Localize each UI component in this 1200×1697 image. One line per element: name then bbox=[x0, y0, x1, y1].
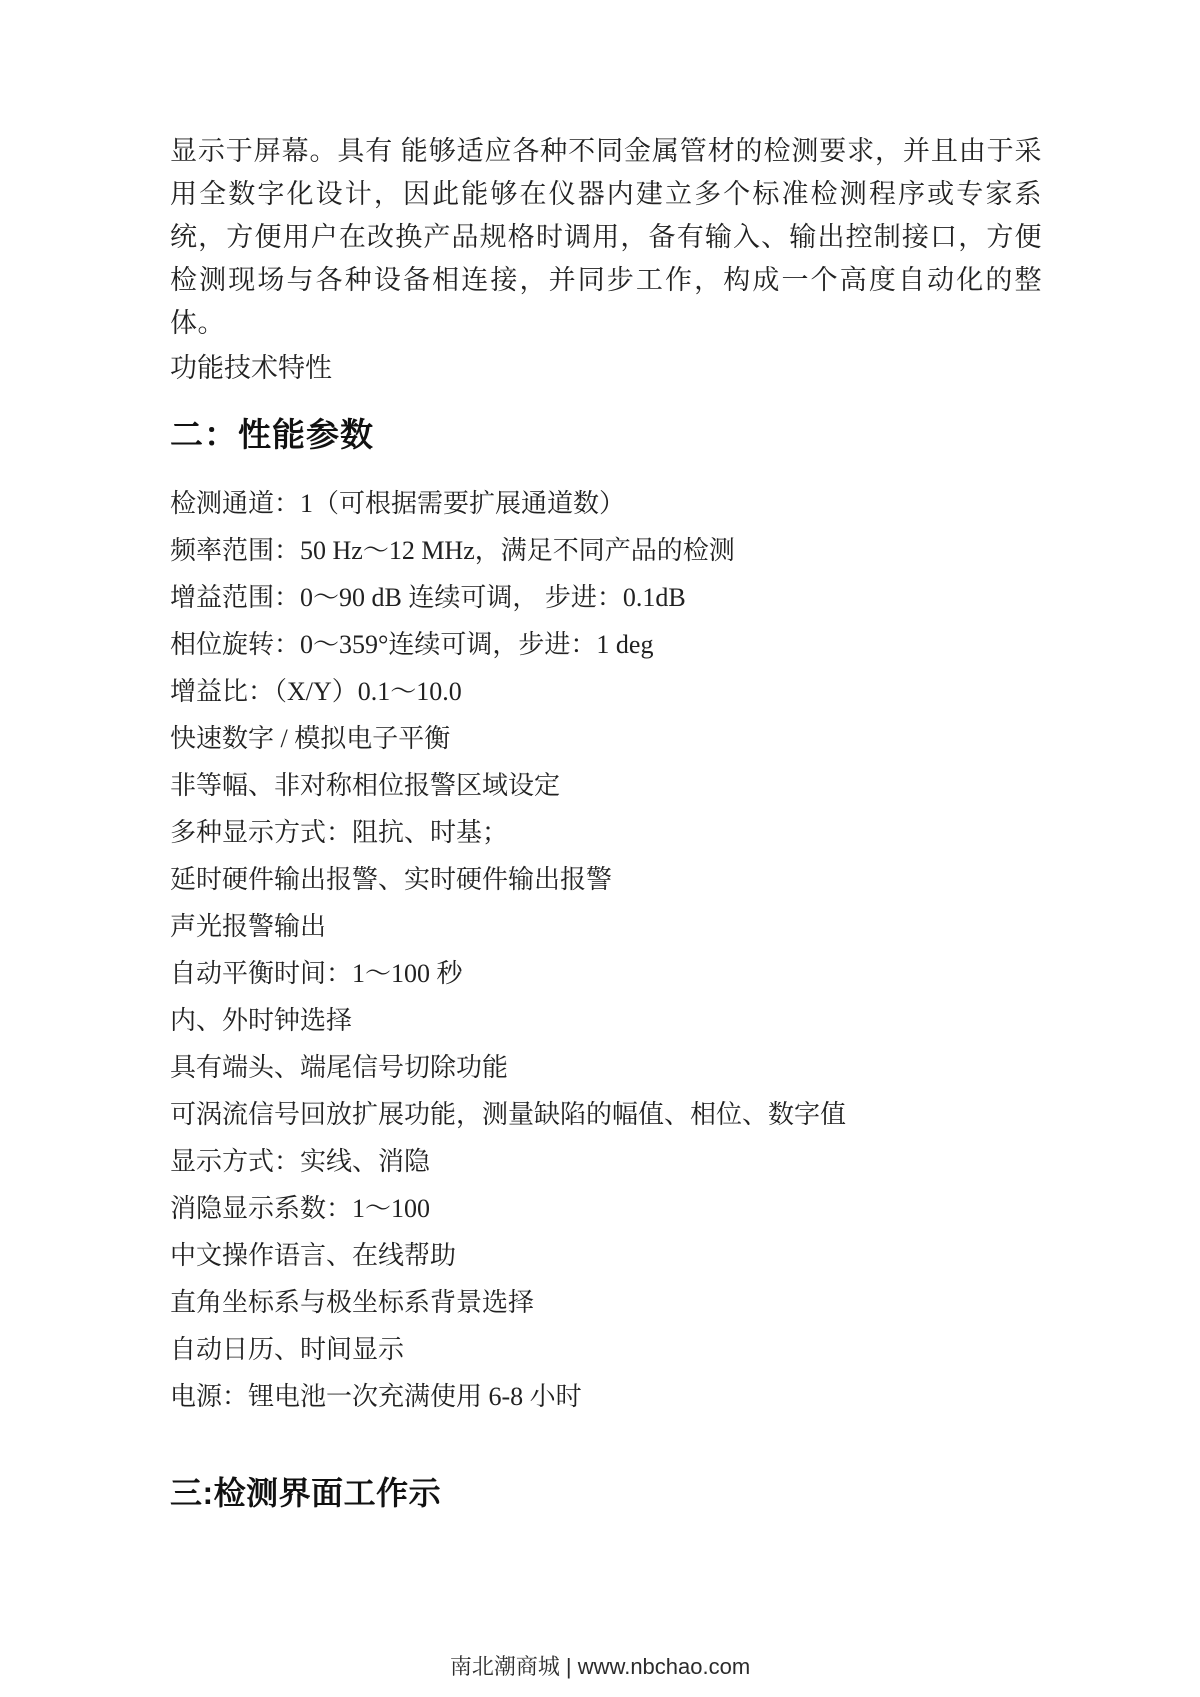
spec-line: 增益范围：0～90 dB 连续可调， 步进：0.1dB bbox=[170, 574, 1042, 621]
spec-line: 可涡流信号回放扩展功能，测量缺陷的幅值、相位、数字值 bbox=[170, 1091, 1042, 1138]
spec-line: 自动日历、时间显示 bbox=[170, 1326, 1042, 1373]
spec-line: 具有端头、端尾信号切除功能 bbox=[170, 1044, 1042, 1091]
spec-line: 电源：锂电池一次充满使用 6-8 小时 bbox=[170, 1373, 1042, 1420]
spec-line: 快速数字 / 模拟电子平衡 bbox=[170, 715, 1042, 762]
spec-line: 声光报警输出 bbox=[170, 903, 1042, 950]
spec-line: 中文操作语言、在线帮助 bbox=[170, 1232, 1042, 1279]
feature-note: 功能技术特性 bbox=[170, 347, 1042, 390]
spec-list: 检测通道：1（可根据需要扩展通道数）频率范围：50 Hz～12 MHz，满足不同… bbox=[170, 480, 1042, 1420]
spec-line: 消隐显示系数：1～100 bbox=[170, 1185, 1042, 1232]
spec-line: 相位旋转：0～359°连续可调，步进：1 deg bbox=[170, 621, 1042, 668]
spec-line: 延时硬件输出报警、实时硬件输出报警 bbox=[170, 856, 1042, 903]
document-content: 显示于屏幕。具有 能够适应各种不同金属管材的检测要求，并且由于采用全数字化设计，… bbox=[170, 130, 1042, 1514]
footer-watermark-text: 南北潮商城 | www.nbchao.com bbox=[450, 1654, 750, 1679]
spec-line: 直角坐标系与极坐标系背景选择 bbox=[170, 1279, 1042, 1326]
spec-line: 显示方式：实线、消隐 bbox=[170, 1138, 1042, 1185]
spec-line: 自动平衡时间：1～100 秒 bbox=[170, 950, 1042, 997]
footer: 南北潮商城 | www.nbchao.com bbox=[0, 1650, 1200, 1681]
intro-paragraph: 显示于屏幕。具有 能够适应各种不同金属管材的检测要求，并且由于采用全数字化设计，… bbox=[170, 130, 1042, 345]
section-heading-detection-interface: 三:检测界面工作示 bbox=[170, 1472, 1042, 1514]
section-heading-performance-parameters: 二：性能参数 bbox=[170, 414, 1042, 456]
spec-line: 频率范围：50 Hz～12 MHz，满足不同产品的检测 bbox=[170, 527, 1042, 574]
spec-line: 非等幅、非对称相位报警区域设定 bbox=[170, 762, 1042, 809]
spec-line: 多种显示方式：阻抗、时基； bbox=[170, 809, 1042, 856]
spec-line: 增益比：（X/Y）0.1～10.0 bbox=[170, 668, 1042, 715]
spec-line: 内、外时钟选择 bbox=[170, 997, 1042, 1044]
document-page: 显示于屏幕。具有 能够适应各种不同金属管材的检测要求，并且由于采用全数字化设计，… bbox=[0, 0, 1200, 1697]
spec-line: 检测通道：1（可根据需要扩展通道数） bbox=[170, 480, 1042, 527]
